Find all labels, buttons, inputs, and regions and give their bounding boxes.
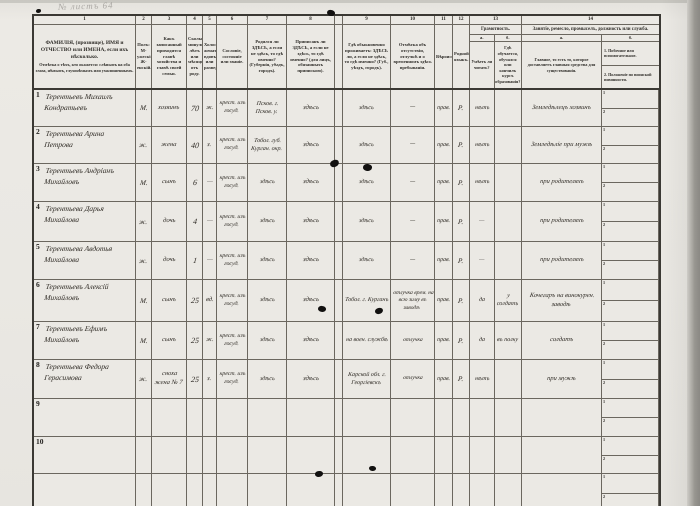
- cell-sex: ж.: [136, 127, 152, 163]
- cell-marital: —: [203, 164, 217, 201]
- cell-occ-side: 12: [602, 437, 659, 473]
- cell-registered: здѣсь: [287, 202, 335, 241]
- cell-language: Р.: [453, 322, 470, 359]
- cell-lit-read: да: [470, 280, 495, 321]
- fold-gap: [335, 474, 343, 506]
- table-row: 8Терентьева Федора Герасимоваж.сноха жен…: [34, 360, 659, 399]
- fold-gap: [335, 202, 343, 241]
- cell-language: [453, 399, 470, 436]
- absence-handwriting: —: [410, 179, 416, 186]
- cell-marital: [203, 399, 217, 436]
- cell-estate: крест. изъ госуд.: [217, 90, 248, 126]
- cell-lit-where: въ полку: [495, 322, 522, 359]
- name-handwriting: Терентьевъ Андріанъ Михайловъ: [35, 165, 135, 188]
- table-body: 1Терентьевъ Михаилъ КондратьевъМ.хозяинъ…: [34, 90, 659, 506]
- occ-side-subcell: 1: [602, 474, 658, 493]
- occupation-sub-b: б. 1. Побочное или вспомогательное. 2. П…: [602, 35, 659, 88]
- estate-handwriting: крест. изъ госуд.: [217, 137, 247, 152]
- cell-relation: дочь: [152, 242, 187, 279]
- cell-born: здѣсь: [248, 280, 287, 321]
- marital-handwriting: з.: [207, 375, 212, 384]
- cell-absence: [391, 399, 435, 436]
- cell-age: 70: [187, 90, 203, 126]
- absence-handwriting: —: [410, 218, 416, 225]
- cell-resides: [343, 437, 391, 473]
- estate-handwriting: крест. изъ госуд.: [217, 371, 247, 386]
- subcell-number: 1: [603, 322, 605, 327]
- cell-lit-where: [495, 127, 522, 163]
- occ-side-subcell: 1: [602, 437, 658, 455]
- cell-sex: М.: [136, 280, 152, 321]
- cell-absence: отлучка: [391, 360, 435, 398]
- cell-name: 7Терентьевъ Ефимъ Михайловъ: [34, 322, 136, 359]
- cell-name: 8Терентьева Федора Герасимова: [34, 360, 136, 398]
- registered-handwriting: здѣсь: [302, 178, 319, 187]
- cell-occ-side: 12: [602, 280, 659, 321]
- registered-handwriting: здѣсь: [302, 141, 319, 150]
- cell-occ-side: 12: [602, 90, 659, 126]
- cell-occ-main: [522, 437, 602, 473]
- cell-occ-side: 12: [602, 242, 659, 279]
- occ-side-subcell: 2: [602, 300, 658, 321]
- born-handwriting: здѣсь: [259, 336, 275, 344]
- age-handwriting: 6: [192, 178, 197, 187]
- fold-gap: [335, 164, 343, 201]
- cell-marital: —: [203, 202, 217, 241]
- fold-gap: [335, 242, 343, 279]
- cell-estate: крест. изъ госуд.: [217, 360, 248, 398]
- cell-lit-read: [470, 437, 495, 473]
- cell-relation: жена: [152, 127, 187, 163]
- cell-occ-side: 12: [602, 399, 659, 436]
- cell-age: [187, 474, 203, 506]
- column-number-row: 1 2 3 4 5 6 7 8 9 10 11 12 13 14: [34, 16, 659, 25]
- cell-sex: М.: [136, 322, 152, 359]
- cell-relation: дочь: [152, 202, 187, 241]
- cell-religion: прав.: [435, 164, 453, 201]
- cell-sex: [136, 437, 152, 473]
- religion-handwriting: прав.: [436, 336, 450, 344]
- col-num-8: 8: [287, 16, 335, 24]
- language-handwriting: Р.: [458, 375, 464, 383]
- cell-resides: на воен. службѣ: [343, 322, 391, 359]
- cell-occ-side: 12: [602, 322, 659, 359]
- lit-read-handwriting: нѣтъ: [474, 178, 489, 186]
- subcell-number: 1: [603, 399, 605, 404]
- name-handwriting: Терентьевъ Ефимъ Михайловъ: [35, 323, 135, 346]
- col-num-3: 3: [152, 16, 187, 24]
- col-num-6: 6: [217, 16, 248, 24]
- cell-lit-where: [495, 437, 522, 473]
- age-handwriting: 70: [190, 104, 199, 113]
- cell-language: Р.: [453, 280, 470, 321]
- table-row: 12: [34, 474, 659, 506]
- cell-sex: М.: [136, 164, 152, 201]
- cell-estate: крест. изъ госуд.: [217, 242, 248, 279]
- name-handwriting: Терентьева Дарья Михайлова: [35, 203, 135, 226]
- cell-absence: —: [391, 164, 435, 201]
- cell-resides: здѣсь: [343, 90, 391, 126]
- occupation-group-title: Занятіе, ремесло, промыселъ, должность и…: [522, 25, 659, 35]
- language-handwriting: Р.: [458, 104, 464, 112]
- literacy-sub-a-letter: а.: [470, 35, 494, 42]
- cell-occ-main: при мужѣ: [522, 360, 602, 398]
- col-header-name-main: ФАМИЛІЯ, (прозвище), ИМЯ и ОТЧЕСТВО или …: [35, 40, 134, 60]
- row-number: 9: [36, 399, 40, 408]
- cell-name: 5Терентьева Авдотья Михайлова: [34, 242, 136, 279]
- occ-side-subcell: 1: [602, 242, 658, 260]
- absence-handwriting: —: [410, 141, 416, 148]
- subcell-number: 2: [603, 456, 605, 461]
- subcell-number: 1: [603, 90, 605, 95]
- cell-age: 40: [187, 127, 203, 163]
- fold-gap: [335, 360, 343, 398]
- religion-handwriting: прав.: [436, 256, 450, 264]
- fold-gap: [335, 280, 343, 321]
- col-header-language: Родной языкъ.: [453, 25, 470, 88]
- resides-handwriting: здѣсь: [359, 104, 375, 112]
- registered-handwriting: здѣсь: [302, 336, 319, 345]
- cell-absence: —: [391, 242, 435, 279]
- subcell-number: 1: [603, 280, 605, 285]
- lit-read-handwriting: —: [479, 256, 485, 264]
- cell-born: здѣсь: [248, 322, 287, 359]
- registered-handwriting: здѣсь: [302, 104, 319, 113]
- cell-language: [453, 437, 470, 473]
- religion-handwriting: прав.: [436, 375, 450, 383]
- occ-side-subcell: 1: [602, 280, 658, 300]
- cell-age: 6: [187, 164, 203, 201]
- lit-where-handwriting: въ полку: [497, 336, 519, 344]
- pencil-note: № листъ 64: [58, 0, 114, 11]
- cell-religion: прав.: [435, 360, 453, 398]
- cell-born: [248, 437, 287, 473]
- cell-name: 10: [34, 437, 136, 473]
- cell-absence: [391, 474, 435, 506]
- cell-born: здѣсь: [248, 242, 287, 279]
- scanned-census-sheet: № листъ 64 1 2 3 4 5 6 7 8 9 10 11 12 13…: [0, 0, 700, 506]
- cell-marital: [203, 474, 217, 506]
- cell-estate: [217, 437, 248, 473]
- occ-side-subcell: 1: [602, 322, 658, 340]
- col-num-12: 12: [453, 16, 470, 24]
- born-handwriting: здѣсь: [259, 217, 275, 225]
- occ-main-handwriting: при мужѣ: [547, 375, 577, 384]
- relation-handwriting: сынъ: [162, 178, 177, 187]
- subcell-number: 2: [603, 494, 605, 499]
- cell-occ-main: Кочегаръ на винокурен. заводѣ: [522, 280, 602, 321]
- col-num-9: 9: [343, 16, 391, 24]
- name-handwriting: Терентьевъ Алексій Михайловъ: [35, 281, 135, 304]
- estate-handwriting: крест. изъ госуд.: [217, 333, 247, 348]
- registered-handwriting: здѣсь: [302, 217, 319, 226]
- cell-language: Р.: [453, 202, 470, 241]
- cell-occ-side: 12: [602, 360, 659, 398]
- cell-religion: прав.: [435, 202, 453, 241]
- sex-handwriting: М.: [139, 179, 148, 187]
- occ-main-handwriting: Земледѣлецъ хозяинъ: [532, 104, 592, 113]
- marital-handwriting: ж.: [205, 104, 214, 113]
- name-handwriting: Терентьева Федора Герасимова: [35, 361, 135, 384]
- resides-handwriting: здѣсь: [359, 141, 375, 149]
- col-num-1: 1: [34, 16, 136, 24]
- cell-lit-read: нѣтъ: [470, 360, 495, 398]
- cell-relation: сынъ: [152, 164, 187, 201]
- cell-name: 2Терентьева Арина Петрова: [34, 127, 136, 163]
- cell-absence: [391, 437, 435, 473]
- cell-relation: [152, 474, 187, 506]
- cell-occ-side: 12: [602, 127, 659, 163]
- occupation-sub-a-letter: а.: [522, 35, 601, 42]
- absence-handwriting: отлучка врем. на всю зиму въ заводѣ: [391, 290, 434, 312]
- lit-read-handwriting: да: [478, 336, 485, 344]
- cell-age: 25: [187, 322, 203, 359]
- fold-gap: [335, 437, 343, 473]
- occ-side-subcell: 2: [602, 182, 658, 201]
- relation-handwriting: сынъ: [162, 336, 177, 345]
- relation-handwriting: хозяинъ: [158, 104, 180, 113]
- col-header-name-note: Отмѣтка о тѣхъ, кто окажется: слѣпымъ на…: [35, 62, 134, 73]
- born-handwriting: здѣсь: [259, 178, 275, 186]
- col-header-name: ФАМИЛІЯ, (прозвище), ИМЯ и ОТЧЕСТВО или …: [34, 25, 136, 88]
- cell-occ-main: при родителяхъ: [522, 242, 602, 279]
- subcell-number: 1: [603, 474, 605, 479]
- cell-language: [453, 474, 470, 506]
- sex-handwriting: ж.: [139, 375, 148, 383]
- occ-side-subcell: 1: [602, 127, 658, 145]
- cell-resides: Тобол. г. Курганъ: [343, 280, 391, 321]
- occupation-sub-b1-text: 1. Побочное или вспомогательное.: [602, 42, 659, 66]
- col-num-4: 4: [187, 16, 203, 24]
- col-num-7: 7: [248, 16, 287, 24]
- cell-lit-where: [495, 164, 522, 201]
- cell-registered: здѣсь: [287, 164, 335, 201]
- estate-handwriting: крест. изъ госуд.: [217, 175, 247, 190]
- cell-religion: прав.: [435, 322, 453, 359]
- lit-read-handwriting: да: [478, 296, 485, 304]
- cell-registered: здѣсь: [287, 360, 335, 398]
- subcell-number: 2: [603, 222, 605, 227]
- cell-age: 25: [187, 280, 203, 321]
- resides-handwriting: здѣсь: [359, 217, 375, 225]
- cell-name: 9: [34, 399, 136, 436]
- cell-relation: сноха жена № 7: [152, 360, 187, 398]
- born-handwriting: здѣсь: [259, 296, 275, 304]
- marital-handwriting: —: [206, 178, 213, 187]
- marital-handwriting: —: [206, 256, 213, 265]
- cell-marital: —: [203, 242, 217, 279]
- scan-right-edge: [687, 0, 700, 506]
- literacy-sub-b: б. Гдѣ обучается, обучался или кончилъ к…: [495, 35, 521, 88]
- subcell-number: 2: [603, 380, 605, 385]
- fold-gap: [335, 322, 343, 359]
- religion-handwriting: прав.: [436, 141, 450, 149]
- cell-relation: сынъ: [152, 322, 187, 359]
- subcell-number: 2: [603, 183, 605, 188]
- subcell-number: 2: [603, 109, 605, 114]
- table-row: 2Терентьева Арина Петроваж.жена40з.крест…: [34, 127, 659, 164]
- cell-occ-main: Земледѣлецъ хозяинъ: [522, 90, 602, 126]
- language-handwriting: Р.: [458, 141, 464, 149]
- table-row: 3Терентьевъ Андріанъ МихайловъМ.сынъ6—кр…: [34, 164, 659, 202]
- occ-side-subcell: 2: [602, 340, 658, 359]
- occ-side-subcell: 2: [602, 455, 658, 474]
- absence-handwriting: —: [410, 104, 416, 111]
- cell-resides: здѣсь: [343, 202, 391, 241]
- cell-name: [34, 474, 136, 506]
- col-header-sex: Полъ: М-ужескій, Ж-енскій.: [136, 25, 152, 88]
- religion-handwriting: прав.: [436, 178, 450, 186]
- cell-resides: здѣсь: [343, 127, 391, 163]
- cell-lit-where: [495, 474, 522, 506]
- lit-where-handwriting: у солдатъ: [495, 292, 521, 308]
- absence-handwriting: отлучка: [402, 337, 423, 344]
- occ-main-handwriting: солдатъ: [549, 336, 573, 345]
- marital-handwriting: з.: [207, 141, 212, 150]
- estate-handwriting: крест. изъ госуд.: [217, 253, 247, 268]
- sex-handwriting: ж.: [139, 141, 148, 149]
- col-header-occupation: Занятіе, ремесло, промыселъ, должность и…: [522, 25, 659, 88]
- cell-religion: прав.: [435, 280, 453, 321]
- subcell-number: 1: [603, 202, 605, 207]
- cell-registered: здѣсь: [287, 127, 335, 163]
- age-handwriting: 25: [190, 375, 199, 384]
- cell-registered: [287, 399, 335, 436]
- cell-relation: сынъ: [152, 280, 187, 321]
- sex-handwriting: М.: [139, 297, 148, 305]
- registered-handwriting: здѣсь: [302, 375, 319, 384]
- cell-relation: хозяинъ: [152, 90, 187, 126]
- cell-name: 6Терентьевъ Алексій Михайловъ: [34, 280, 136, 321]
- col-header-relation: Какъ записанный приходится главѣ хозяйст…: [152, 25, 187, 88]
- occ-main-handwriting: Кочегаръ на винокурен. заводѣ: [522, 292, 601, 310]
- occ-side-subcell: 2: [602, 108, 658, 127]
- cell-absence: —: [391, 127, 435, 163]
- col-header-age: Сколько минуло лѣтъ или мѣсяцевъ отъ род…: [187, 25, 203, 88]
- cell-name: 1Терентьевъ Михаилъ Кондратьевъ: [34, 90, 136, 126]
- occ-side-subcell: 2: [602, 417, 658, 436]
- born-handwriting: Псков. г. Псков. у.: [248, 100, 286, 116]
- cell-occ-side: 12: [602, 164, 659, 201]
- cell-sex: [136, 474, 152, 506]
- marital-handwriting: вд.: [205, 296, 214, 305]
- resides-handwriting: здѣсь: [359, 178, 375, 186]
- cell-occ-main: [522, 399, 602, 436]
- table-row: 1Терентьевъ Михаилъ КондратьевъМ.хозяинъ…: [34, 90, 659, 127]
- relation-handwriting: дочь: [162, 256, 176, 265]
- cell-born: здѣсь: [248, 164, 287, 201]
- fold-gap: [335, 16, 343, 24]
- cell-marital: вд.: [203, 280, 217, 321]
- subcell-number: 1: [603, 360, 605, 365]
- cell-religion: [435, 399, 453, 436]
- relation-handwriting: дочь: [162, 217, 176, 226]
- cell-lit-read: нѣтъ: [470, 127, 495, 163]
- registered-handwriting: здѣсь: [302, 296, 319, 305]
- cell-registered: здѣсь: [287, 322, 335, 359]
- cell-registered: здѣсь: [287, 242, 335, 279]
- born-handwriting: Тобол. губ. Курган. окр.: [248, 137, 286, 153]
- estate-handwriting: крест. изъ госуд.: [217, 214, 247, 229]
- occ-main-handwriting: при родителяхъ: [539, 178, 584, 187]
- cell-religion: [435, 437, 453, 473]
- occ-side-subcell: 1: [602, 164, 658, 182]
- cell-language: Р.: [453, 164, 470, 201]
- cell-born: Псков. г. Псков. у.: [248, 90, 287, 126]
- subcell-number: 1: [603, 164, 605, 169]
- age-handwriting: 25: [190, 296, 199, 305]
- subcell-number: 2: [603, 418, 605, 423]
- scan-right-shadow: [661, 0, 687, 506]
- occupation-sub-a-text: Главное, то есть то, которое доставляетъ…: [522, 42, 601, 88]
- occ-main-handwriting: при родителяхъ: [539, 217, 584, 226]
- resides-handwriting: на воен. службѣ: [345, 336, 388, 344]
- col-header-religion: Вѣроисповѣданіе.: [435, 25, 453, 88]
- resides-handwriting: Тобол. г. Курганъ: [344, 296, 388, 304]
- cell-language: Р.: [453, 242, 470, 279]
- occupation-sub-b-letter: б.: [602, 35, 659, 42]
- estate-handwriting: крест. изъ госуд.: [217, 293, 247, 308]
- occ-side-subcell: 2: [602, 379, 658, 399]
- marital-handwriting: ж.: [205, 336, 214, 345]
- cell-marital: ж.: [203, 90, 217, 126]
- cell-marital: з.: [203, 127, 217, 163]
- cell-sex: ж.: [136, 242, 152, 279]
- cell-language: Р.: [453, 360, 470, 398]
- sex-handwriting: ж.: [139, 218, 148, 226]
- relation-handwriting: сынъ: [162, 296, 177, 305]
- language-handwriting: Р.: [458, 218, 464, 226]
- name-handwriting: Терентьева Арина Петрова: [35, 128, 135, 151]
- cell-registered: здѣсь: [287, 280, 335, 321]
- language-handwriting: Р.: [458, 297, 464, 305]
- religion-handwriting: прав.: [436, 296, 450, 304]
- cell-lit-read: нѣтъ: [470, 90, 495, 126]
- cell-registered: здѣсь: [287, 90, 335, 126]
- fold-gap: [335, 25, 343, 88]
- cell-relation: [152, 437, 187, 473]
- occ-main-handwriting: Земледѣліе при мужѣ: [530, 141, 592, 150]
- cell-marital: з.: [203, 360, 217, 398]
- col-header-residence: Гдѣ обыкновенно проживаетъ: ЗДѢСЬ ли, а …: [343, 25, 391, 88]
- col-num-11: 11: [435, 16, 453, 24]
- cell-absence: —: [391, 202, 435, 241]
- language-handwriting: Р.: [458, 337, 464, 345]
- cell-lit-where: [495, 202, 522, 241]
- col-num-2: 2: [136, 16, 152, 24]
- cell-lit-where: [495, 360, 522, 398]
- cell-born: здѣсь: [248, 202, 287, 241]
- fold-gap: [335, 90, 343, 126]
- resides-handwriting: Карской обл. г. Георгіевскъ: [343, 371, 390, 387]
- col-header-marital: Холостъ, женатъ, вдовъ или разведенъ.: [203, 25, 217, 88]
- cell-age: 25: [187, 360, 203, 398]
- census-table: 1 2 3 4 5 6 7 8 9 10 11 12 13 14 ФАМИЛІЯ…: [32, 14, 661, 506]
- lit-read-handwriting: нѣтъ: [474, 375, 489, 383]
- absence-handwriting: отлучка: [402, 375, 423, 382]
- subcell-number: 1: [603, 127, 605, 132]
- occ-main-handwriting: при родителяхъ: [539, 256, 584, 265]
- col-header-estate: Сословіе, состояніе или званіе.: [217, 25, 248, 88]
- lit-read-handwriting: нѣтъ: [474, 104, 489, 112]
- col-header-absence: Отмѣтка объ отсутствіи, отлучкѣ и о врем…: [391, 25, 435, 88]
- subcell-number: 2: [603, 301, 605, 306]
- cell-lit-read: нѣтъ: [470, 164, 495, 201]
- subcell-number: 2: [603, 146, 605, 151]
- lit-read-handwriting: —: [479, 217, 485, 225]
- registered-handwriting: здѣсь: [302, 256, 319, 265]
- col-header-birthplace: Родился ли ЗДѢСЬ, а если не здѣсь, то гд…: [248, 25, 287, 88]
